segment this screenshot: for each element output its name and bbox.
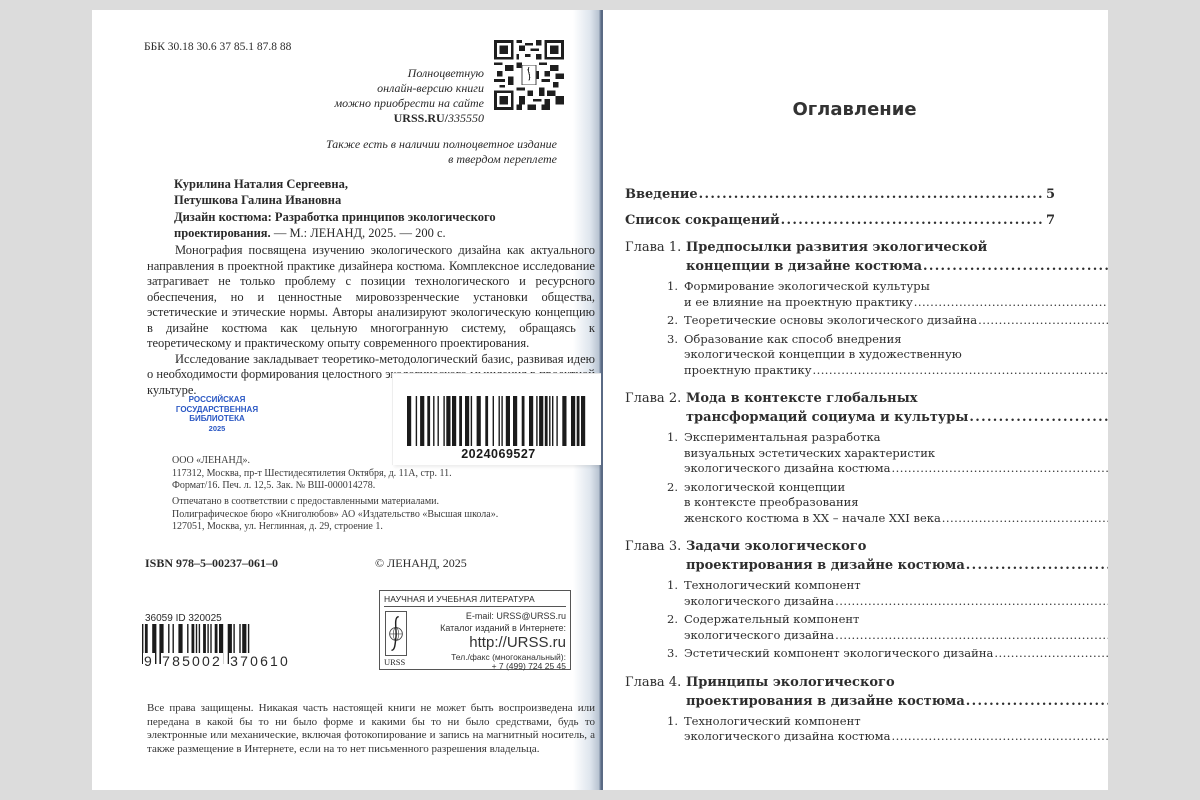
- chapter-title-text: трансформаций социума и культуры: [686, 408, 968, 427]
- section-title: Экспериментальная разработкавизуальных э…: [684, 430, 1108, 477]
- section-title-line: Образование как способ внедрения: [684, 332, 1108, 348]
- table-of-contents: Введение5 Список сокращений7 Глава 1.Пре…: [625, 186, 1055, 756]
- imprint-line: Формат/16. Печ. л. 12,5. Зак. № ВШ-00001…: [172, 480, 452, 493]
- leader-dots: [891, 729, 1108, 745]
- leader-dots: [966, 556, 1108, 575]
- section-title-line: экологического дизайна костюма19: [684, 461, 1108, 477]
- leader-dots: [978, 313, 1108, 329]
- toc-entry-label: Список сокращений: [625, 212, 780, 229]
- section-title-line: женского костюма в XX – начале XXI века3…: [684, 511, 1108, 527]
- right-page-toc: Оглавление Введение5 Список сокращений7 …: [601, 10, 1108, 790]
- toc-section[interactable]: 1.Формирование экологической культурыи е…: [625, 279, 1055, 310]
- authors: Курилина Наталия Сергеевна, Петушкова Га…: [174, 176, 348, 208]
- leader-dots: [835, 594, 1108, 610]
- section-title-line: Технологический компонент: [684, 714, 1108, 730]
- toc-chapter-block: Глава 4.Принципы экологическогопроектиро…: [625, 673, 1055, 745]
- section-title-text: и ее влияние на проектную практику: [684, 295, 913, 311]
- library-stamp: РОССИЙСКАЯ ГОСУДАРСТВЕННАЯ БИБЛИОТЕКА 20…: [172, 395, 262, 433]
- section-title-text: экологического дизайна: [684, 594, 834, 610]
- section-title-text: экологической концепции: [684, 480, 845, 494]
- section-title-line: экологической концепции в художественную: [684, 347, 1108, 363]
- section-number: 2.: [625, 480, 684, 527]
- section-title-line: визуальных эстетических характеристик: [684, 446, 1108, 462]
- chapter-title: Задачи экологическогопроектирования в ди…: [686, 537, 1108, 575]
- online-url[interactable]: URSS.RU/335550: [335, 111, 484, 126]
- chapter-number: Глава 1.: [625, 238, 686, 276]
- section-title-line: Формирование экологической культуры: [684, 279, 1108, 295]
- section-title-line: Эстетический компонент экологического ди…: [684, 646, 1108, 662]
- publication-info: — М.: ЛЕНАНД, 2025. — 200 с.: [271, 226, 446, 240]
- rights-notice: Все права защищены. Никакая часть настоя…: [147, 702, 595, 756]
- author: Петушкова Галина Ивановна: [174, 192, 348, 208]
- leader-dots: [812, 363, 1108, 379]
- toc-entry-introduction[interactable]: Введение5: [625, 186, 1055, 203]
- section-title-text: Содержательный компонент: [684, 612, 859, 626]
- section-title-line: Экспериментальная разработка: [684, 430, 1108, 446]
- section-title-text: визуальных эстетических характеристик: [684, 446, 935, 460]
- section-title-text: женского костюма в XX – начале XXI века: [684, 511, 941, 527]
- online-version-note: Полноцветную онлайн-версию книги можно п…: [335, 66, 484, 126]
- section-title-text: экологического дизайна костюма: [684, 729, 890, 745]
- online-note-line: Полноцветную: [335, 66, 484, 81]
- section-number: 2.: [625, 313, 684, 329]
- chapter-title-text: Задачи экологического: [686, 539, 866, 554]
- online-url-id: 335550: [448, 111, 484, 125]
- qr-code-icon: [494, 40, 564, 110]
- section-title-line: в контексте преобразования: [684, 495, 1108, 511]
- urss-catalog-label: Каталог изданий в Интернете:: [440, 623, 566, 633]
- urss-logo-label: URSS: [384, 657, 405, 667]
- divider: [384, 606, 566, 607]
- toc-chapter-3[interactable]: Глава 3.Задачи экологическогопроектирова…: [625, 537, 1055, 575]
- section-title-line: проектную практику14: [684, 363, 1108, 379]
- chapter-title-text: Принципы экологического: [686, 675, 895, 690]
- abstract-paragraph: Монография посвящена изучению экологичес…: [147, 243, 595, 352]
- chapter-number: Глава 3.: [625, 537, 686, 575]
- toc-page-number: 7: [1046, 212, 1055, 229]
- section-title-text: Формирование экологической культуры: [684, 279, 930, 293]
- leader-dots: [969, 408, 1108, 427]
- leader-dots: [923, 257, 1108, 276]
- section-title: Теоретические основы экологического диза…: [684, 313, 1108, 329]
- ean-digits: 9 785002 370610: [143, 653, 291, 669]
- chapter-title-line: трансформаций социума и культуры17: [686, 408, 1108, 427]
- chapter-title-text: Мода в контексте глобальных: [686, 391, 917, 406]
- online-note-line: онлайн-версию книги: [335, 81, 484, 96]
- section-title-text: Эстетический компонент экологического ди…: [684, 646, 993, 662]
- section-title-text: Теоретические основы экологического диза…: [684, 313, 977, 329]
- printer-info: Отпечатано в соответствии с предоставлен…: [172, 496, 498, 534]
- leader-dots: [835, 628, 1108, 644]
- isbn: ISBN 978–5–00237–061–0: [145, 556, 278, 571]
- chapter-number: Глава 4.: [625, 673, 686, 711]
- stamp-year: 2025: [172, 424, 262, 434]
- section-title-text: проектную практику: [684, 363, 811, 379]
- hardcover-note-line: в твердом переплете: [326, 152, 557, 167]
- printer-line: Отпечатано в соответствии с предоставлен…: [172, 496, 498, 509]
- leader-dots: [781, 212, 1045, 229]
- section-number: 2.: [625, 612, 684, 643]
- section-number: 1.: [625, 578, 684, 609]
- leader-dots: [942, 511, 1108, 527]
- chapter-title: Мода в контексте глобальныхтрансформаций…: [686, 389, 1108, 427]
- library-barcode-sticker: 2024069527: [392, 373, 601, 465]
- stamp-line: РОССИЙСКАЯ: [172, 395, 262, 405]
- toc-section[interactable]: 3.Эстетический компонент экологического …: [625, 646, 1055, 662]
- section-title: Формирование экологической культурыи ее …: [684, 279, 1108, 310]
- book-id: 36059 ID 320025: [145, 613, 222, 624]
- section-title: Содержательный компонентэкологического д…: [684, 612, 1108, 643]
- chapter-title-line: Принципы экологического: [686, 673, 1108, 692]
- left-page-copyright: ББК 30.18 30.6 37 85.1 87.8 88 Полноцвет…: [92, 10, 601, 790]
- urss-publisher-box: НАУЧНАЯ И УЧЕБНАЯ ЛИТЕРАТУРА URSS E-mail…: [379, 590, 571, 670]
- urss-globe-logo-icon: [385, 611, 407, 656]
- printer-line: 127051, Москва, ул. Неглинная, д. 29, ст…: [172, 521, 498, 534]
- section-title-text: экологического дизайна: [684, 628, 834, 644]
- section-title-text: Технологический компонент: [684, 578, 861, 592]
- urss-phone: + 7 (499) 724 25 45: [492, 661, 566, 671]
- section-title-text: экологической концепции в художественную: [684, 347, 962, 361]
- urss-url[interactable]: http://URSS.ru: [469, 634, 566, 651]
- toc-section[interactable]: 2.Содержательный компонентэкологического…: [625, 612, 1055, 643]
- ean-digit-group: 370610: [229, 653, 291, 669]
- chapter-title-text: проектирования в дизайне костюма: [686, 556, 965, 575]
- chapter-title: Принципы экологическогопроектирования в …: [686, 673, 1108, 711]
- author: Курилина Наталия Сергеевна,: [174, 176, 348, 192]
- section-title-text: Образование как способ внедрения: [684, 332, 902, 346]
- toc-title: Оглавление: [601, 99, 1108, 120]
- section-number: 3.: [625, 332, 684, 379]
- toc-chapter-4[interactable]: Глава 4.Принципы экологическогопроектиро…: [625, 673, 1055, 711]
- barcode-icon: [407, 396, 589, 446]
- chapter-title-line: Предпосылки развития экологической: [686, 238, 1108, 257]
- leader-dots: [994, 646, 1108, 662]
- toc-chapter-1[interactable]: Глава 1.Предпосылки развития экологическ…: [625, 238, 1055, 276]
- leader-dots: [914, 295, 1108, 311]
- imprint-line: ООО «ЛЕНАНД».: [172, 455, 452, 468]
- chapter-title-line: концепции в дизайне костюма8: [686, 257, 1108, 276]
- hardcover-note: Также есть в наличии полноцветное издани…: [326, 137, 557, 167]
- copyright: © ЛЕНАНД, 2025: [375, 556, 467, 571]
- urss-header: НАУЧНАЯ И УЧЕБНАЯ ЛИТЕРАТУРА: [384, 594, 535, 604]
- toc-chapter-block: Глава 1.Предпосылки развития экологическ…: [625, 238, 1055, 378]
- section-title-line: экологической концепции: [684, 480, 1108, 496]
- online-note-line: можно приобрести на сайте: [335, 96, 484, 111]
- section-number: 1.: [625, 279, 684, 310]
- chapter-title-line: проектирования в дизайне костюма50: [686, 556, 1108, 575]
- section-number: 1.: [625, 714, 684, 745]
- imprint-line: 117312, Москва, пр-т Шестидесятилетия Ок…: [172, 468, 452, 481]
- section-number: 1.: [625, 430, 684, 477]
- chapter-title-text: проектирования в дизайне костюма: [686, 692, 965, 711]
- chapter-title-text: концепции в дизайне костюма: [686, 257, 922, 276]
- chapter-title-line: Задачи экологического: [686, 537, 1108, 556]
- stamp-line: БИБЛИОТЕКА: [172, 414, 262, 424]
- urss-email[interactable]: E-mail: URSS@URSS.ru: [466, 611, 566, 621]
- ean-digit-group: 9: [143, 653, 155, 669]
- section-title: экологической концепциив контексте преоб…: [684, 480, 1108, 527]
- section-title: Технологический компонентэкологического …: [684, 578, 1108, 609]
- leader-dots: [699, 186, 1045, 203]
- section-title-line: экологического дизайна50: [684, 594, 1108, 610]
- toc-entry-abbreviations[interactable]: Список сокращений7: [625, 212, 1055, 229]
- chapter-number: Глава 2.: [625, 389, 686, 427]
- publisher-imprint: ООО «ЛЕНАНД». 117312, Москва, пр-т Шести…: [172, 455, 452, 493]
- bibliographic-record: Дизайн костюма: Разработка принципов эко…: [174, 209, 574, 241]
- spine-line: [601, 10, 603, 790]
- toc-chapters: Глава 1.Предпосылки развития экологическ…: [625, 238, 1055, 745]
- bbk-classification: ББК 30.18 30.6 37 85.1 87.8 88: [144, 41, 291, 53]
- toc-chapter-block: Глава 2.Мода в контексте глобальныхтранс…: [625, 389, 1055, 526]
- online-url-host: URSS.RU/: [394, 111, 448, 125]
- toc-entry-label: Введение: [625, 186, 698, 203]
- leader-dots: [891, 461, 1108, 477]
- section-title-text: Технологический компонент: [684, 714, 861, 728]
- toc-page-number: 5: [1046, 186, 1055, 203]
- section-title-text: экологического дизайна костюма: [684, 461, 890, 477]
- toc-section[interactable]: 1.Экспериментальная разработкавизуальных…: [625, 430, 1055, 477]
- chapter-title: Предпосылки развития экологическойконцеп…: [686, 238, 1108, 276]
- toc-section[interactable]: 2.экологической концепциив контексте пре…: [625, 480, 1055, 527]
- toc-section[interactable]: 3.Образование как способ внедренияэколог…: [625, 332, 1055, 379]
- toc-section[interactable]: 1.Технологический компонентэкологическог…: [625, 714, 1055, 745]
- section-title-text: Экспериментальная разработка: [684, 430, 881, 444]
- toc-section[interactable]: 2.Теоретические основы экологического ди…: [625, 313, 1055, 329]
- section-number: 3.: [625, 646, 684, 662]
- section-title-text: в контексте преобразования: [684, 495, 859, 509]
- section-title: Эстетический компонент экологического ди…: [684, 646, 1108, 662]
- toc-section[interactable]: 1.Технологический компонентэкологическог…: [625, 578, 1055, 609]
- hardcover-note-line: Также есть в наличии полноцветное издани…: [326, 137, 557, 152]
- leader-dots: [966, 692, 1108, 711]
- section-title: Технологический компонентэкологического …: [684, 714, 1108, 745]
- ean-digit-group: 785002: [161, 653, 223, 669]
- toc-chapter-block: Глава 3.Задачи экологическогопроектирова…: [625, 537, 1055, 662]
- section-title-line: экологического дизайна костюма77: [684, 729, 1108, 745]
- stamp-line: ГОСУДАРСТВЕННАЯ: [172, 405, 262, 415]
- chapter-title-line: проектирования в дизайне костюма77: [686, 692, 1108, 711]
- section-title-line: экологического дизайна55: [684, 628, 1108, 644]
- section-title-line: Теоретические основы экологического диза…: [684, 313, 1108, 329]
- chapter-title-line: Мода в контексте глобальных: [686, 389, 1108, 408]
- printer-line: Полиграфическое бюро «Книголюбов» АО «Из…: [172, 509, 498, 522]
- section-title-line: и ее влияние на проектную практику8: [684, 295, 1108, 311]
- section-title: Образование как способ внедренияэкологич…: [684, 332, 1108, 379]
- section-title-line: Технологический компонент: [684, 578, 1108, 594]
- chapter-title-text: Предпосылки развития экологической: [686, 240, 987, 255]
- toc-chapter-2[interactable]: Глава 2.Мода в контексте глобальныхтранс…: [625, 389, 1055, 427]
- section-title-line: Содержательный компонент: [684, 612, 1108, 628]
